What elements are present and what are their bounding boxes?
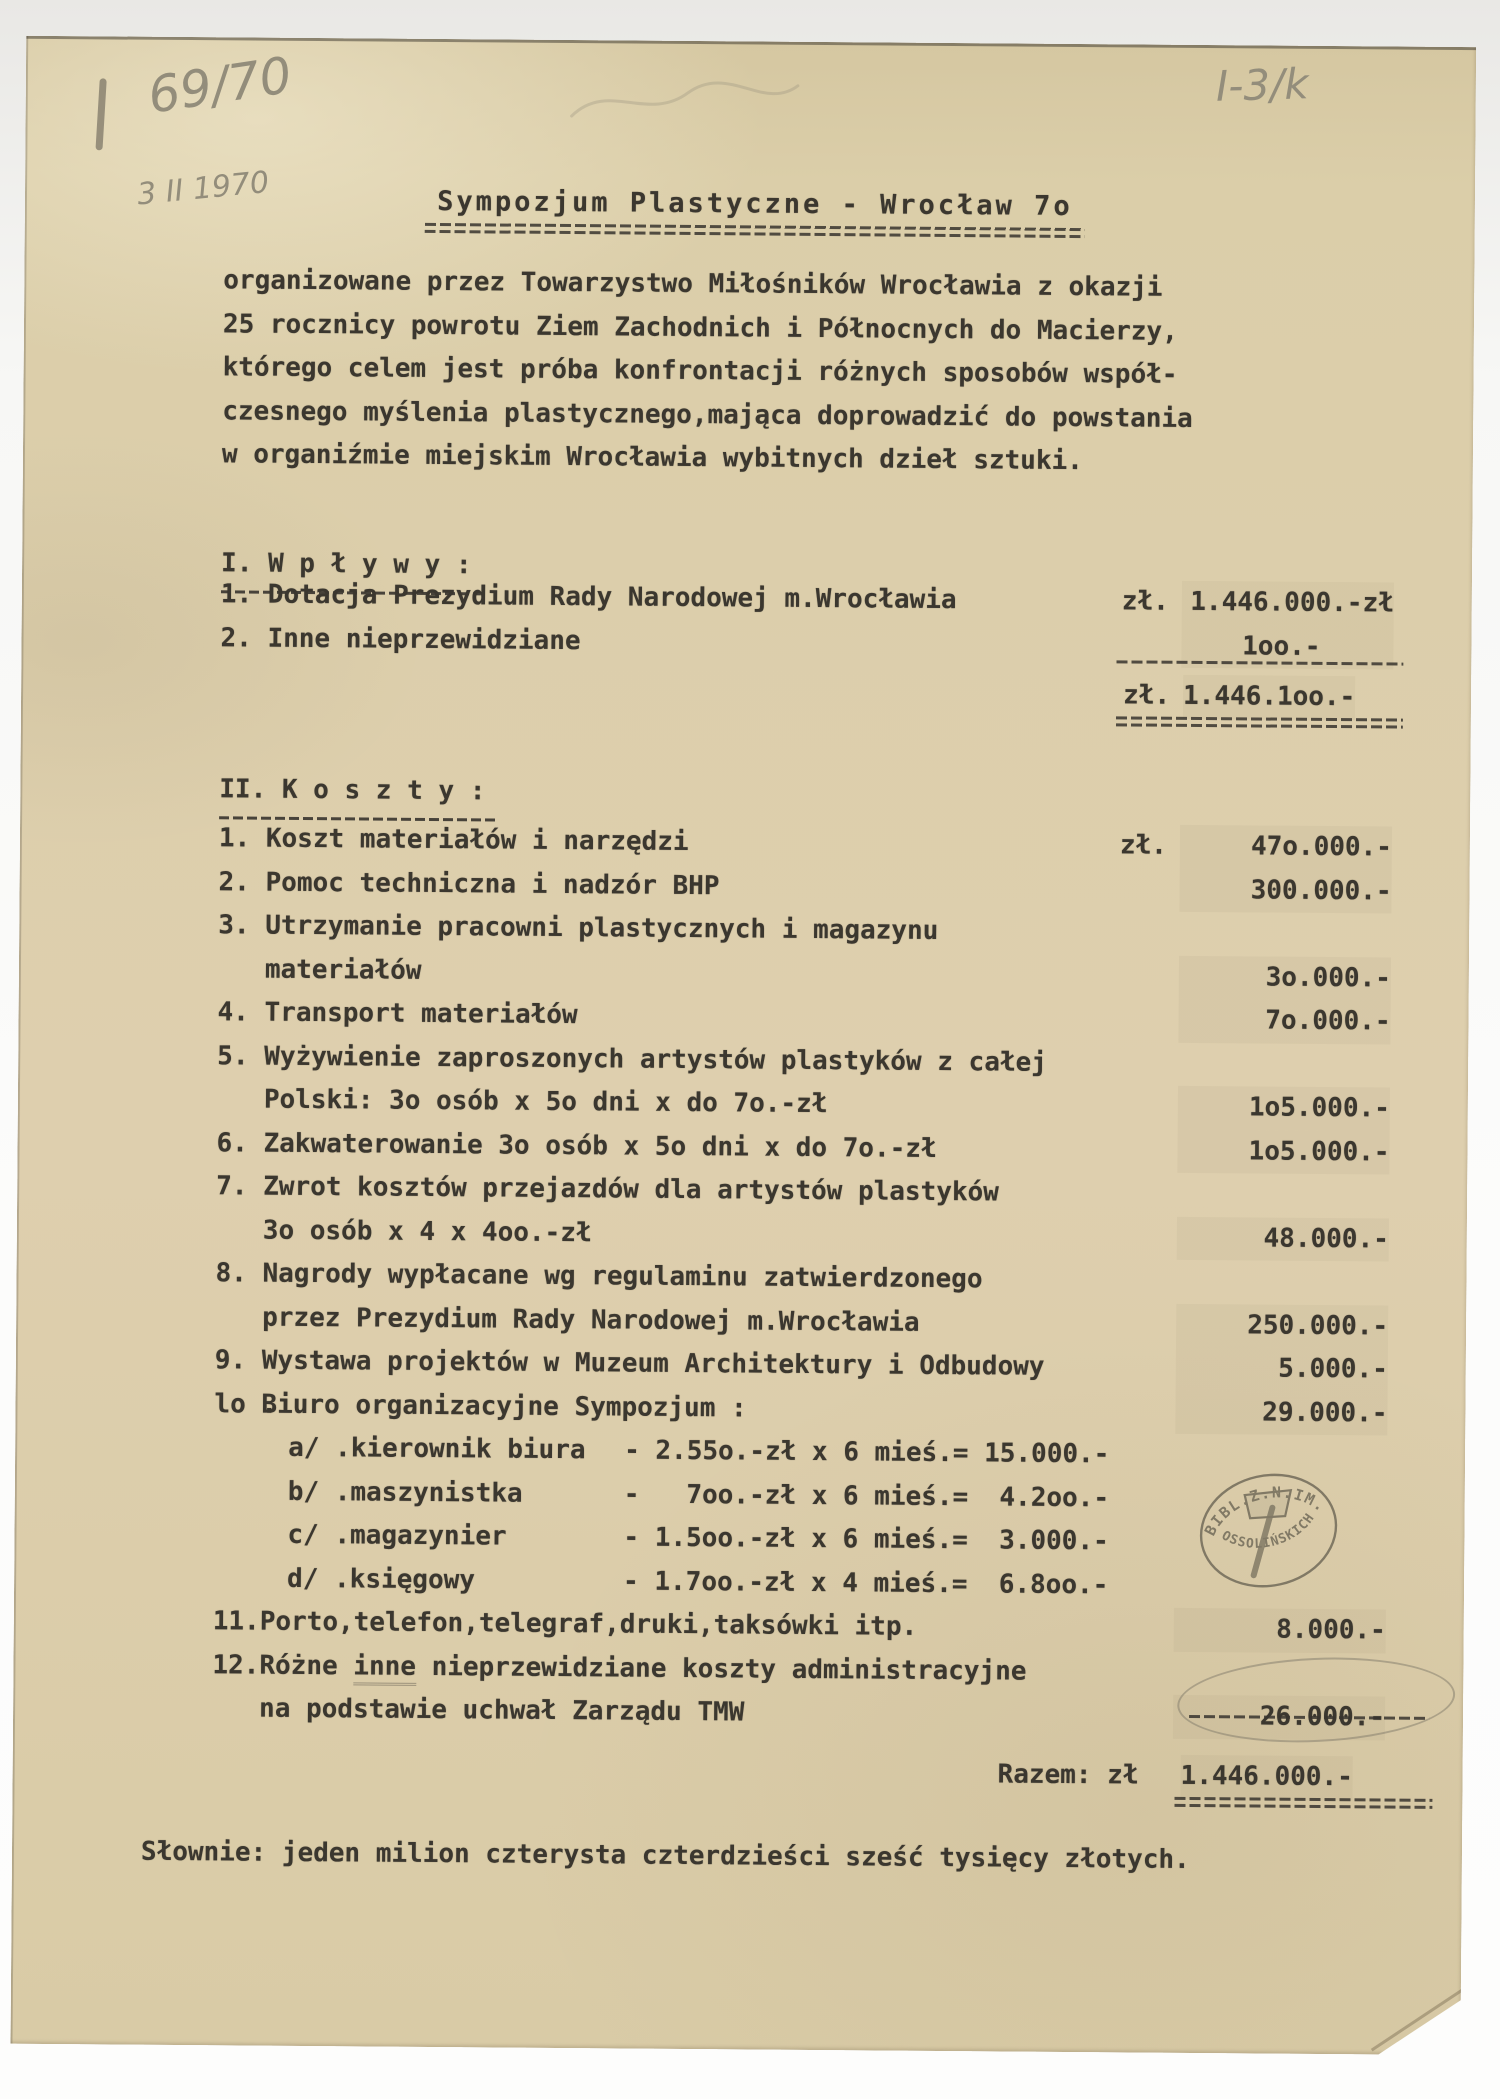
sub-row-label: a/ .kierownik biura bbox=[288, 1427, 624, 1473]
row-amount: 1.446.000.-zł bbox=[1182, 581, 1394, 626]
date-annotation: 3 II 1970 bbox=[136, 167, 271, 211]
row-amount bbox=[1178, 1042, 1390, 1087]
row-number: lo . bbox=[214, 1383, 261, 1427]
currency-label bbox=[1116, 1346, 1176, 1390]
currency-label bbox=[1118, 1085, 1178, 1129]
row-amount: 8.000.- bbox=[1174, 1608, 1386, 1653]
file-number-annotation: 69/70 bbox=[145, 49, 295, 122]
faint-pencil-scribble bbox=[565, 70, 806, 142]
row-number: 6. bbox=[216, 1122, 263, 1166]
row-description: Transport materiałów bbox=[264, 992, 1118, 1042]
sub-row-label: c/ .magazynier bbox=[287, 1514, 623, 1560]
row-amount: 1o5.000.- bbox=[1177, 1129, 1389, 1174]
income-total-rule bbox=[1116, 716, 1403, 728]
currency-label: zł. bbox=[1123, 674, 1183, 718]
page-title: Sympozjum Plastyczne - Wrocław 7o bbox=[425, 186, 1085, 223]
row-description: Dotacja Prezydium Rady Narodowej m.Wrocł… bbox=[268, 574, 1122, 624]
row-number: 11. bbox=[213, 1600, 260, 1644]
row-amount: 250.000.- bbox=[1176, 1303, 1388, 1348]
intro-line: organizowane przez Towarzystwo Miłośnikó… bbox=[223, 259, 1283, 311]
currency-label bbox=[1115, 1390, 1175, 1434]
row-description: Różne inne nieprzewidziane koszty admini… bbox=[259, 1644, 1113, 1694]
document-page: 69/70 3 II 1970 I-3/k Sympozjum Plastycz… bbox=[10, 36, 1476, 2055]
row-description: Pomoc techniczna i nadzór BHP bbox=[265, 861, 1119, 911]
currency-label bbox=[1119, 911, 1179, 955]
currency-label bbox=[1118, 998, 1178, 1042]
sub-row-calculation: - 1.7oo.-zł x 4 mieś.= 6.8oo.- bbox=[623, 1560, 1109, 1607]
row-number: 4. bbox=[217, 991, 264, 1035]
row-number bbox=[218, 948, 265, 992]
row-amount: 7o.000.- bbox=[1178, 999, 1390, 1044]
currency-label bbox=[1117, 1129, 1177, 1173]
row-description: Inne nieprzewidziane bbox=[267, 617, 1121, 667]
reference-annotation: I-3/k bbox=[1215, 62, 1309, 109]
row-description: Wyżywienie zaproszonych artystów plastyk… bbox=[264, 1035, 1118, 1085]
row-amount: 48.000.- bbox=[1177, 1216, 1389, 1261]
row-number: 5. bbox=[217, 1035, 264, 1079]
row-amount bbox=[1176, 1260, 1388, 1305]
row-number bbox=[216, 1209, 263, 1253]
row-number: 8. bbox=[215, 1252, 262, 1296]
row-description: Nagrody wypłacane wg regulaminu zatwierd… bbox=[262, 1253, 1116, 1303]
income-table: 1. Dotacja Prezydium Rady Narodowej m.Wr… bbox=[220, 573, 1394, 669]
intro-line: w organiźmie miejskim Wrocławia wybitnyc… bbox=[222, 433, 1282, 485]
amount-in-words: Słownie: jeden milion czterysta czterdzi… bbox=[141, 1831, 1261, 1883]
currency-label: zł. bbox=[1120, 824, 1180, 868]
row-description: materiałów bbox=[265, 948, 1119, 998]
currency-label bbox=[1119, 955, 1179, 999]
row-description: Utrzymanie pracowni plastycznych i magaz… bbox=[265, 905, 1119, 955]
row-amount: 300.000.- bbox=[1179, 868, 1391, 913]
row-number: 7. bbox=[216, 1165, 263, 1209]
sub-row-calculation: - 2.55o.-zł x 6 mieś.= 15.000.- bbox=[624, 1430, 1110, 1477]
total-rule bbox=[1174, 1797, 1432, 1809]
row-description: Zakwaterowanie 3o osób x 5o dni x do 7o.… bbox=[263, 1122, 1117, 1172]
row-description: przez Prezydium Rady Narodowej m.Wrocław… bbox=[262, 1296, 1116, 1346]
pencil-underlined-word: inne bbox=[353, 1651, 416, 1685]
row-number bbox=[215, 1296, 262, 1340]
total-label: Razem: zł bbox=[997, 1753, 1138, 1798]
row-number bbox=[217, 1078, 264, 1122]
row-number: 3. bbox=[218, 904, 265, 948]
row-amount bbox=[1177, 1173, 1389, 1218]
row-amount: 1o5.000.- bbox=[1178, 1086, 1390, 1131]
row-amount: 29.000.- bbox=[1175, 1390, 1387, 1435]
sub-row-label: d/ .księgowy bbox=[287, 1557, 623, 1603]
row-amount: 5.000.- bbox=[1176, 1347, 1388, 1392]
currency-label: zł. bbox=[1122, 580, 1182, 624]
row-description: na podstawie uchwał Zarządu TMW bbox=[259, 1688, 1113, 1738]
row-description: Koszt materiałów i narzędzi bbox=[266, 818, 1120, 868]
row-number: 2. bbox=[218, 861, 265, 905]
sub-row-calculation: - 7oo.-zł x 6 mieś.= 4.2oo.- bbox=[624, 1473, 1110, 1520]
row-number: 1. bbox=[221, 573, 268, 617]
row-description: Zwrot kosztów przejazdów dla artystów pl… bbox=[263, 1166, 1117, 1216]
currency-label bbox=[1116, 1259, 1176, 1303]
currency-label bbox=[1119, 868, 1179, 912]
row-amount: 47o.000.- bbox=[1180, 825, 1392, 870]
row-amount: 3o.000.- bbox=[1179, 955, 1391, 1000]
row-description: Polski: 3o osób x 5o dni x do 7o.-zł bbox=[264, 1079, 1118, 1129]
sub-row-label: b/ .maszynistka bbox=[288, 1470, 624, 1516]
intro-paragraph: organizowane przez Towarzystwo Miłośnikó… bbox=[222, 259, 1284, 485]
currency-label bbox=[1117, 1216, 1177, 1260]
row-number: 1. bbox=[219, 817, 266, 861]
row-number: 9. bbox=[215, 1339, 262, 1383]
title-underline bbox=[425, 223, 1085, 238]
currency-label bbox=[1116, 1303, 1176, 1347]
pencil-tick-mark bbox=[95, 78, 106, 150]
row-amount bbox=[1179, 912, 1391, 957]
income-subtotal-row: zł. 1.446.1oo.- bbox=[220, 667, 1355, 719]
income-subtotal-amount: 1.446.1oo.- bbox=[1183, 675, 1355, 720]
corner-fold bbox=[1371, 1989, 1463, 2051]
sub-row-calculation: - 1.5oo.-zł x 6 mieś.= 3.000.- bbox=[623, 1517, 1109, 1564]
row-description: Wystawa projektów w Muzeum Architektury … bbox=[262, 1340, 1116, 1390]
section-heading-costs: II. K o s z t y : bbox=[219, 768, 495, 821]
currency-label bbox=[1118, 1042, 1178, 1086]
row-number: 12. bbox=[212, 1644, 259, 1688]
currency-label bbox=[1117, 1172, 1177, 1216]
intro-line: którego celem jest próba konfrontacji ró… bbox=[222, 346, 1282, 398]
row-description: Porto,telefon,telegraf,druki,taksówki it… bbox=[260, 1601, 1114, 1651]
row-number: 2. bbox=[220, 617, 267, 661]
row-description: 3o osób x 4 x 4oo.-zł bbox=[263, 1209, 1117, 1259]
row-description: Biuro organizacyjne Sympozjum : bbox=[261, 1383, 1115, 1433]
total-amount: 1.446.000.- bbox=[1180, 1755, 1352, 1800]
